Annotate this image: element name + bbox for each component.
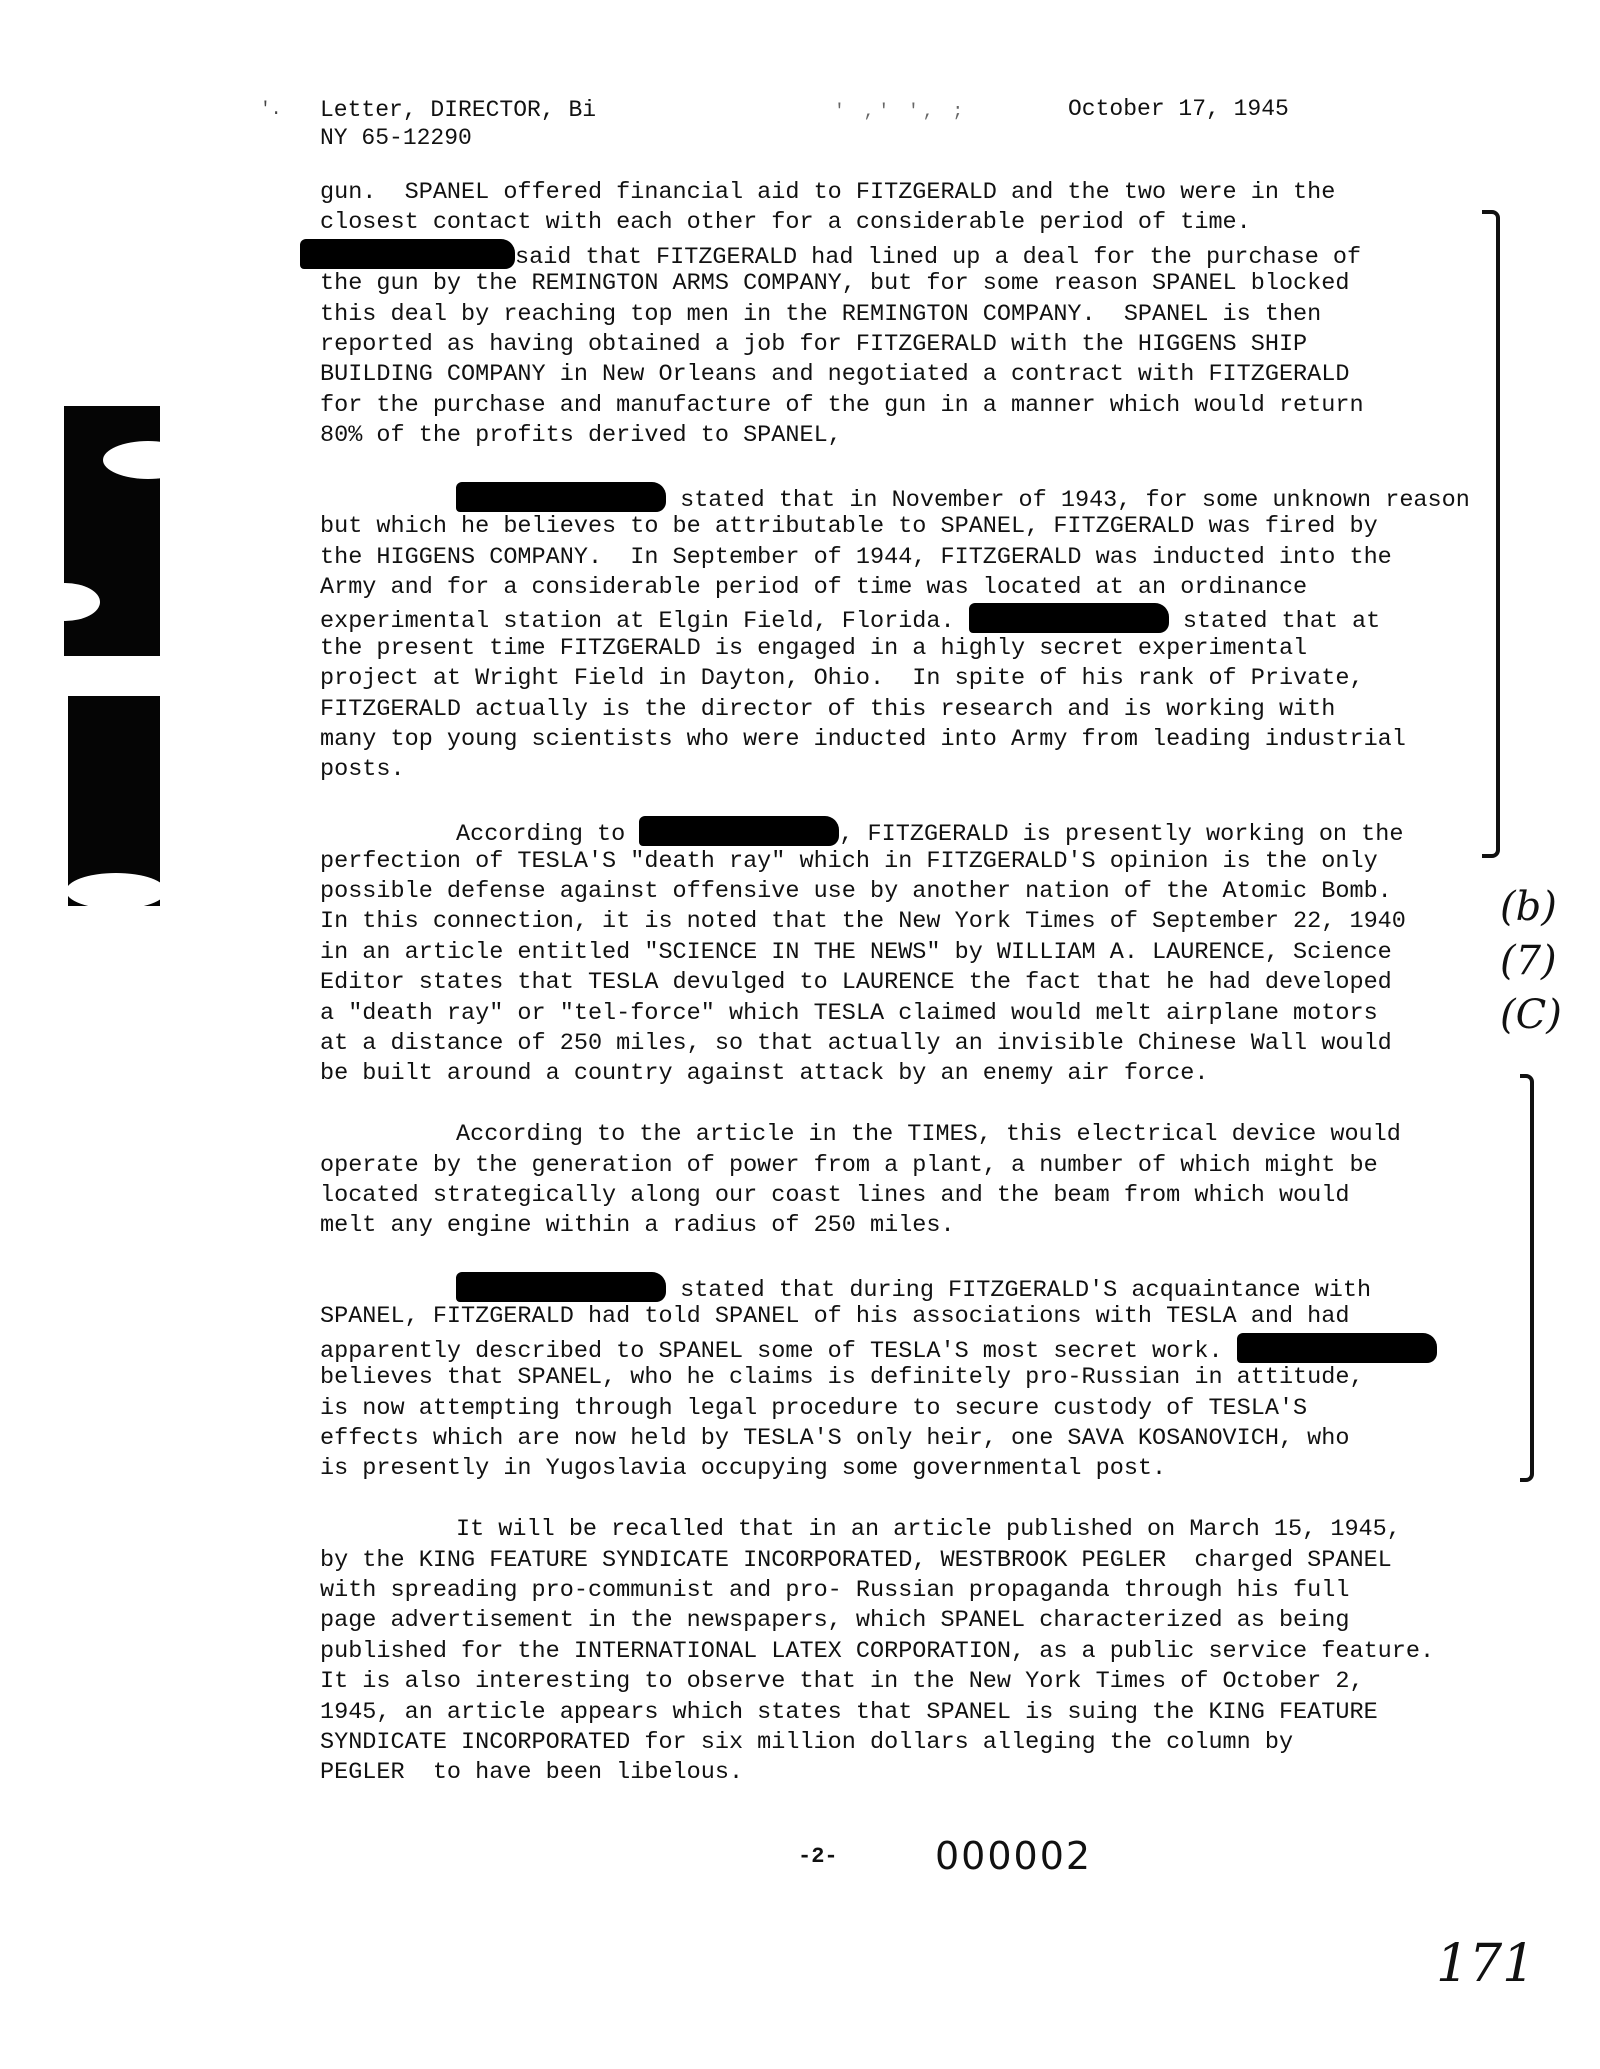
line-text: gun. SPANEL offered financial aid to FIT…: [320, 179, 1335, 206]
line-text: published for the INTERNATIONAL LATEX CO…: [320, 1638, 1434, 1665]
margin-bracket: [1482, 210, 1500, 858]
text-line: operate by the generation of power from …: [320, 1151, 1520, 1181]
line-text: SYNDICATE INCORPORATED for six million d…: [320, 1729, 1293, 1756]
text-line: It is also interesting to observe that i…: [320, 1667, 1520, 1697]
text-line: the HIGGENS COMPANY. In September of 194…: [320, 543, 1520, 573]
line-text: this deal by reaching top men in the REM…: [320, 301, 1321, 328]
text-line: a "death ray" or "tel-force" which TESLA…: [320, 999, 1520, 1029]
page-number: -2-: [798, 1844, 838, 1869]
line-text: located strategically along our coast li…: [320, 1182, 1349, 1209]
text-line: published for the INTERNATIONAL LATEX CO…: [320, 1637, 1520, 1667]
line-text: FITZGERALD actually is the director of t…: [320, 696, 1335, 723]
text-line: in an article entitled "SCIENCE IN THE N…: [320, 938, 1520, 968]
text-line: 1945, an article appears which states th…: [320, 1698, 1520, 1728]
line-text: perfection of TESLA'S "death ray" which …: [320, 848, 1378, 875]
redaction-block: [456, 482, 666, 512]
line-text: stated that at: [1169, 608, 1381, 635]
line-text: page advertisement in the newspapers, wh…: [320, 1607, 1349, 1634]
redaction-block: [639, 816, 839, 846]
text-line: Editor states that TESLA devulged to LAU…: [320, 968, 1520, 998]
letter-header: '. Letter, DIRECTOR, Bi NY 65-12290: [320, 96, 596, 152]
line-text: closest contact with each other for a co…: [320, 209, 1251, 236]
line-text: melt any engine within a radius of 250 m…: [320, 1212, 955, 1239]
line-text: stated that in November of 1943, for som…: [666, 487, 1470, 514]
line-text: 80% of the profits derived to SPANEL,: [320, 422, 842, 449]
text-line: posts.: [320, 755, 1520, 785]
line-text: experimental station at Elgin Field, Flo…: [320, 608, 955, 635]
text-line: the present time FITZGERALD is engaged i…: [320, 634, 1520, 664]
line-text: According to the article in the TIMES, t…: [456, 1121, 1401, 1148]
faded-stamp: ' ,' ', ;: [834, 102, 967, 122]
line-text: BUILDING COMPANY in New Orleans and nego…: [320, 361, 1349, 388]
text-line: FITZGERALD actually is the director of t…: [320, 695, 1520, 725]
line-text: at a distance of 250 miles, so that actu…: [320, 1030, 1392, 1057]
serial-number: 000002: [935, 1834, 1092, 1878]
text-line: According to the article in the TIMES, t…: [320, 1120, 1520, 1150]
text-line: melt any engine within a radius of 250 m…: [320, 1211, 1520, 1241]
text-line: located strategically along our coast li…: [320, 1181, 1520, 1211]
binder-hole: [103, 441, 193, 479]
document-page: '. Letter, DIRECTOR, Bi NY 65-12290 ' ,'…: [0, 0, 1600, 2069]
line-text: be built around a country against attack…: [320, 1060, 1208, 1087]
paragraph: stated that during FITZGERALD'S acquaint…: [320, 1272, 1520, 1485]
text-line: Army and for a considerable period of ti…: [320, 573, 1520, 603]
paragraph: gun. SPANEL offered financial aid to FIT…: [320, 178, 1520, 452]
paragraph: According to , FITZGERALD is presently w…: [320, 816, 1520, 1090]
line-text: , FITZGERALD is presently working on the: [839, 821, 1403, 848]
line-text: operate by the generation of power from …: [320, 1152, 1378, 1179]
text-line: stated that in November of 1943, for som…: [320, 482, 1520, 512]
line-text: possible defense against offensive use b…: [320, 878, 1392, 905]
line-text: is now attempting through legal procedur…: [320, 1395, 1307, 1422]
line-text: believes that SPANEL, who he claims is d…: [320, 1364, 1364, 1391]
line-text: PEGLER to have been libelous.: [320, 1759, 743, 1786]
line-text: the gun by the REMINGTON ARMS COMPANY, b…: [320, 270, 1349, 297]
text-line: According to , FITZGERALD is presently w…: [320, 816, 1520, 846]
text-line: said that FITZGERALD had lined up a deal…: [320, 239, 1520, 269]
redaction-block: [300, 239, 515, 269]
paragraph: According to the article in the TIMES, t…: [320, 1120, 1520, 1242]
text-line: stated that during FITZGERALD'S acquaint…: [320, 1272, 1520, 1302]
scan-speck: '.: [260, 96, 282, 124]
text-line: but which he believes to be attributable…: [320, 512, 1520, 542]
line-text: many top young scientists who were induc…: [320, 726, 1406, 753]
line-text: is presently in Yugoslavia occupying som…: [320, 1455, 1166, 1482]
text-line: PEGLER to have been libelous.: [320, 1758, 1520, 1788]
line-text: SPANEL, FITZGERALD had told SPANEL of hi…: [320, 1303, 1349, 1330]
exemption-code: (b): [1500, 880, 1562, 934]
text-line: by the KING FEATURE SYNDICATE INCORPORAT…: [320, 1546, 1520, 1576]
line-text: with spreading pro-communist and pro- Ru…: [320, 1577, 1349, 1604]
text-line: possible defense against offensive use b…: [320, 877, 1520, 907]
text-line: is now attempting through legal procedur…: [320, 1394, 1520, 1424]
line-text: the HIGGENS COMPANY. In September of 194…: [320, 544, 1392, 571]
line-text: Army and for a considerable period of ti…: [320, 574, 1307, 601]
redaction-block: [969, 603, 1169, 633]
text-line: this deal by reaching top men in the REM…: [320, 300, 1520, 330]
text-line: reported as having obtained a job for FI…: [320, 330, 1520, 360]
line-text: In this connection, it is noted that the…: [320, 908, 1406, 935]
binder-hole: [30, 583, 100, 621]
text-line: perfection of TESLA'S "death ray" which …: [320, 847, 1520, 877]
redaction-block: [456, 1272, 666, 1302]
text-line: experimental station at Elgin Field, Flo…: [320, 603, 1520, 633]
exemption-code: (C): [1500, 988, 1562, 1042]
paragraph: stated that in November of 1943, for som…: [320, 482, 1520, 786]
line-text: in an article entitled "SCIENCE IN THE N…: [320, 939, 1392, 966]
line-text: apparently described to SPANEL some of T…: [320, 1338, 1223, 1365]
exemption-code: (7): [1500, 934, 1562, 988]
line-text: posts.: [320, 756, 405, 783]
text-line: closest contact with each other for a co…: [320, 208, 1520, 238]
file-number: NY 65-12290: [320, 124, 596, 152]
line-text: 1945, an article appears which states th…: [320, 1699, 1378, 1726]
text-line: for the purchase and manufacture of the …: [320, 391, 1520, 421]
text-line: In this connection, it is noted that the…: [320, 907, 1520, 937]
text-line: gun. SPANEL offered financial aid to FIT…: [320, 178, 1520, 208]
text-line: It will be recalled that in an article p…: [320, 1515, 1520, 1545]
header-line-1: Letter, DIRECTOR, Bi: [320, 96, 596, 124]
line-text: for the purchase and manufacture of the …: [320, 392, 1364, 419]
line-text: stated that during FITZGERALD'S acquaint…: [666, 1277, 1371, 1304]
text-line: project at Wright Field in Dayton, Ohio.…: [320, 664, 1520, 694]
text-line: BUILDING COMPANY in New Orleans and nego…: [320, 360, 1520, 390]
letter-date: October 17, 1945: [1068, 96, 1289, 122]
line-text: a "death ray" or "tel-force" which TESLA…: [320, 1000, 1378, 1027]
text-line: is presently in Yugoslavia occupying som…: [320, 1454, 1520, 1484]
line-text: reported as having obtained a job for FI…: [320, 331, 1307, 358]
line-text: said that FITZGERALD had lined up a deal…: [515, 244, 1361, 271]
redaction-block: [1237, 1333, 1437, 1363]
line-text: It will be recalled that in an article p…: [456, 1516, 1401, 1543]
text-line: effects which are now held by TESLA'S on…: [320, 1424, 1520, 1454]
line-text: It is also interesting to observe that i…: [320, 1668, 1364, 1695]
text-line: SPANEL, FITZGERALD had told SPANEL of hi…: [320, 1302, 1520, 1332]
text-line: believes that SPANEL, who he claims is d…: [320, 1363, 1520, 1393]
text-line: 80% of the profits derived to SPANEL,: [320, 421, 1520, 451]
letter-body: gun. SPANEL offered financial aid to FIT…: [320, 178, 1520, 1819]
text-line: be built around a country against attack…: [320, 1059, 1520, 1089]
text-line: with spreading pro-communist and pro- Ru…: [320, 1576, 1520, 1606]
binder-hole: [66, 873, 166, 909]
line-text: by the KING FEATURE SYNDICATE INCORPORAT…: [320, 1547, 1392, 1574]
text-line: many top young scientists who were induc…: [320, 725, 1520, 755]
line-text: project at Wright Field in Dayton, Ohio.…: [320, 665, 1364, 692]
line-text: Editor states that TESLA devulged to LAU…: [320, 969, 1392, 996]
handwritten-number: 171: [1436, 1934, 1535, 1994]
paragraph: It will be recalled that in an article p…: [320, 1515, 1520, 1789]
line-text: According to: [456, 821, 625, 848]
line-text: effects which are now held by TESLA'S on…: [320, 1425, 1349, 1452]
margin-bracket: [1520, 1074, 1534, 1482]
line-text: the present time FITZGERALD is engaged i…: [320, 635, 1307, 662]
text-line: SYNDICATE INCORPORATED for six million d…: [320, 1728, 1520, 1758]
text-line: page advertisement in the newspapers, wh…: [320, 1606, 1520, 1636]
text-line: apparently described to SPANEL some of T…: [320, 1333, 1520, 1363]
line-text: but which he believes to be attributable…: [320, 513, 1378, 540]
text-line: at a distance of 250 miles, so that actu…: [320, 1029, 1520, 1059]
text-line: the gun by the REMINGTON ARMS COMPANY, b…: [320, 269, 1520, 299]
foia-exemption-annotation: (b)(7)(C): [1500, 880, 1562, 1042]
